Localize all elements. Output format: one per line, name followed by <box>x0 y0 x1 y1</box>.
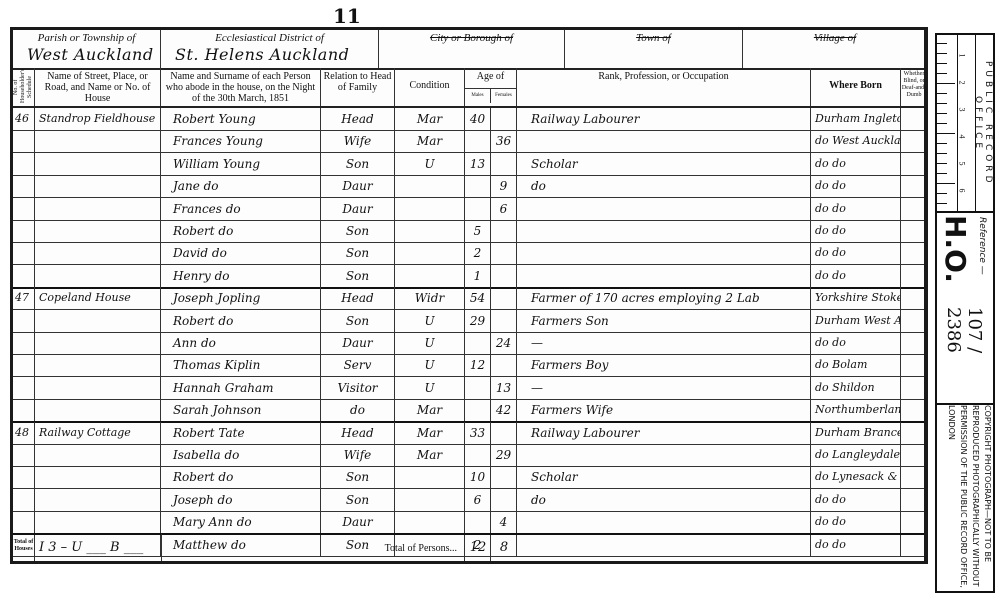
person-name: William Young <box>161 153 321 175</box>
ruler-tick <box>937 133 955 134</box>
occupation: Scholar <box>517 153 811 175</box>
street-name <box>35 511 161 533</box>
birthplace: do do <box>811 265 901 287</box>
occupation <box>517 198 811 220</box>
ruler-tick <box>937 83 955 84</box>
street-name: Copeland House <box>35 287 161 309</box>
condition <box>395 489 465 511</box>
schedule-number <box>13 377 35 399</box>
person-name: Joseph Jopling <box>161 287 321 309</box>
parish-label: Parish or Township of <box>13 32 160 44</box>
blind-deaf <box>901 489 927 511</box>
piece-reference: 107 / 2386 <box>943 307 985 403</box>
condition: U <box>395 377 465 399</box>
occupation: Farmers Son <box>517 310 811 332</box>
relation: Head <box>321 287 395 309</box>
street-name <box>35 310 161 332</box>
person-name: Sarah Johnson <box>161 399 321 421</box>
age-male: 5 <box>465 220 491 242</box>
ruler-number: 2 <box>958 81 967 85</box>
blind-deaf <box>901 242 927 264</box>
schedule-number: 46 <box>13 108 35 130</box>
table-row: Thomas KiplinServU12Farmers Boydo Bolam <box>13 354 924 377</box>
ruler-ticks <box>937 35 958 211</box>
condition: Mar <box>395 422 465 444</box>
birthplace: Durham Brancepeth <box>811 422 901 444</box>
person-name: Thomas Kiplin <box>161 354 321 376</box>
occupation <box>517 511 811 533</box>
schedule-number <box>13 489 35 511</box>
class-code: H.O. <box>939 215 972 283</box>
col-relation: Relation to Head of Family <box>321 68 395 106</box>
person-name: Joseph do <box>161 489 321 511</box>
age-female <box>491 466 517 488</box>
city-label: City or Borough of <box>379 32 564 44</box>
street-name <box>35 130 161 152</box>
ruler-tick <box>937 183 955 184</box>
ruler-tick <box>937 173 947 174</box>
birthplace: do do <box>811 489 901 511</box>
age-male: 1 <box>465 265 491 287</box>
table-row: Ann doDaurU24—do do <box>13 332 924 355</box>
reference-block: Reference — H.O. 107 / 2386 <box>937 211 993 405</box>
person-name: Jane do <box>161 175 321 197</box>
person-name: Robert Young <box>161 108 321 130</box>
office-name: PUBLIC RECORD OFFICE <box>975 39 993 209</box>
street-name <box>35 242 161 264</box>
age-male: 40 <box>465 108 491 130</box>
condition: Mar <box>395 108 465 130</box>
age-male <box>465 332 491 354</box>
schedule-number <box>13 265 35 287</box>
ruler-tick <box>937 43 947 44</box>
eccl-value: St. Helens Auckland <box>175 45 349 64</box>
person-name: Mary Ann do <box>161 511 321 533</box>
condition: Mar <box>395 399 465 421</box>
table-row: David doSon2do do <box>13 242 924 265</box>
condition <box>395 198 465 220</box>
age-female <box>491 108 517 130</box>
condition: U <box>395 310 465 332</box>
birthplace: do do <box>811 198 901 220</box>
ruler-tick <box>937 73 947 74</box>
village-label: Village of <box>743 32 927 44</box>
blind-deaf <box>901 310 927 332</box>
person-name: Robert do <box>161 310 321 332</box>
parish-cell: Parish or Township of West Auckland <box>13 30 161 68</box>
birthplace: do do <box>811 153 901 175</box>
birthplace: do do <box>811 220 901 242</box>
occupation: — <box>517 332 811 354</box>
age-male: 33 <box>465 422 491 444</box>
occupation <box>517 265 811 287</box>
age-female: 13 <box>491 377 517 399</box>
page-number: 11 <box>333 4 361 28</box>
condition <box>395 220 465 242</box>
relation: Son <box>321 242 395 264</box>
town-cell: Town of <box>565 30 743 68</box>
birthplace: Durham Ingleton <box>811 108 901 130</box>
ruler-tick <box>937 63 947 64</box>
eccl-cell: Ecclesiastical District of St. Helens Au… <box>161 30 379 68</box>
town-label: Town of <box>565 32 742 44</box>
age-female: 36 <box>491 130 517 152</box>
street-name <box>35 220 161 242</box>
condition: U <box>395 153 465 175</box>
table-row: 48Railway CottageRobert TateHeadMar33Rai… <box>13 422 924 445</box>
birthplace: do do <box>811 242 901 264</box>
ruler-number: 1 <box>958 54 967 58</box>
blind-deaf <box>901 444 927 466</box>
table-row: Robert doSon5do do <box>13 220 924 243</box>
table-row: Isabella doWifeMar29do Langleydale <box>13 444 924 467</box>
blind-deaf <box>901 108 927 130</box>
blind-deaf <box>901 354 927 376</box>
reference-label: Reference — <box>977 217 987 275</box>
relation: Serv <box>321 354 395 376</box>
col-blind: Whether Blind, or Deaf-and-Dumb <box>901 68 927 106</box>
ruler-tick <box>937 193 947 194</box>
totals-footer: Total of Houses I 3 – U ___ B ___ Total … <box>13 533 924 561</box>
blind-deaf <box>901 175 927 197</box>
street-name <box>35 265 161 287</box>
blind-deaf <box>901 198 927 220</box>
age-male: 54 <box>465 287 491 309</box>
schedule-number <box>13 242 35 264</box>
relation: do <box>321 399 395 421</box>
age-female <box>491 242 517 264</box>
table-row: Henry doSon1do do <box>13 265 924 289</box>
occupation <box>517 444 811 466</box>
birthplace: do Langleydale <box>811 444 901 466</box>
schedule-number <box>13 354 35 376</box>
birthplace: do do <box>811 511 901 533</box>
total-persons-box: Total of Persons... 12 8 <box>161 533 517 561</box>
person-name: David do <box>161 242 321 264</box>
age-male <box>465 444 491 466</box>
table-row: Hannah GrahamVisitorU13—do Shildon <box>13 377 924 400</box>
schedule-number <box>13 332 35 354</box>
table-row: Frances YoungWifeMar36do West Auckland <box>13 130 924 153</box>
condition: Mar <box>395 130 465 152</box>
age-male <box>465 377 491 399</box>
ruler-tick <box>937 123 947 124</box>
schedule-number <box>13 130 35 152</box>
table-row: Robert doSon10Scholardo Lynesack & Softl… <box>13 466 924 489</box>
person-name: Frances Young <box>161 130 321 152</box>
col-born: Where Born <box>811 68 901 106</box>
village-cell: Village of <box>743 30 927 68</box>
occupation: Scholar <box>517 466 811 488</box>
blind-deaf <box>901 422 927 444</box>
age-male: 6 <box>465 489 491 511</box>
age-female <box>491 354 517 376</box>
age-female: 9 <box>491 175 517 197</box>
birthplace: do do <box>811 175 901 197</box>
schedule-number: 47 <box>13 287 35 309</box>
ruler-number: 6 <box>958 189 967 193</box>
ruler-tick <box>937 53 947 54</box>
table-row: 46Standrop FieldhouseRobert YoungHeadMar… <box>13 108 924 131</box>
condition: U <box>395 354 465 376</box>
occupation: Farmers Wife <box>517 399 811 421</box>
blind-deaf <box>901 511 927 533</box>
birthplace: Northumberland Allensford <box>811 399 901 421</box>
age-female: 24 <box>491 332 517 354</box>
blind-deaf <box>901 466 927 488</box>
age-female <box>491 310 517 332</box>
city-cell: City or Borough of <box>379 30 565 68</box>
occupation: — <box>517 377 811 399</box>
relation: Son <box>321 466 395 488</box>
col-age: Age of MalesFemales <box>465 68 517 106</box>
person-name: Frances do <box>161 198 321 220</box>
relation: Daur <box>321 175 395 197</box>
parish-value: West Auckland <box>27 45 154 64</box>
table-row: Robert doSonU29Farmers SonDurham West Au… <box>13 310 924 333</box>
schedule-number <box>13 310 35 332</box>
age-female <box>491 287 517 309</box>
table-row: Frances doDaur6do do <box>13 198 924 221</box>
ruler-tick <box>937 103 947 104</box>
age-male: 29 <box>465 310 491 332</box>
condition <box>395 511 465 533</box>
condition: U <box>395 332 465 354</box>
birthplace: do Lynesack & Softley <box>811 466 901 488</box>
birthplace: do do <box>811 332 901 354</box>
condition: Widr <box>395 287 465 309</box>
table-row: Jane doDaur9dodo do <box>13 175 924 198</box>
occupation: Railway Labourer <box>517 108 811 130</box>
blind-deaf <box>901 399 927 421</box>
relation: Wife <box>321 130 395 152</box>
relation: Son <box>321 489 395 511</box>
col-street: Name of Street, Place, or Road, and Name… <box>35 68 161 106</box>
ruler-tick <box>937 143 947 144</box>
street-name <box>35 354 161 376</box>
total-houses-value: I 3 – U ___ B ___ <box>39 540 143 555</box>
total-persons-label: Total of Persons... <box>385 543 457 554</box>
street-name <box>35 399 161 421</box>
condition <box>395 466 465 488</box>
column-headers: No. of Householder's Schedule Name of St… <box>13 68 924 108</box>
person-name: Isabella do <box>161 444 321 466</box>
relation: Daur <box>321 332 395 354</box>
age-female <box>491 422 517 444</box>
age-female <box>491 265 517 287</box>
table-row: Sarah JohnsondoMar42Farmers WifeNorthumb… <box>13 399 924 423</box>
relation: Wife <box>321 444 395 466</box>
birthplace: Yorkshire Stokesley <box>811 287 901 309</box>
total-males: 12 <box>464 535 491 561</box>
col-occupation: Rank, Profession, or Occupation <box>517 68 811 106</box>
blind-deaf <box>901 130 927 152</box>
schedule-number <box>13 175 35 197</box>
person-name: Robert do <box>161 466 321 488</box>
col-males: Males <box>465 89 491 103</box>
census-form: Parish or Township of West Auckland Eccl… <box>10 27 928 564</box>
age-male: 13 <box>465 153 491 175</box>
condition <box>395 265 465 287</box>
blind-deaf <box>901 220 927 242</box>
archive-reference-strip: 123456 PUBLIC RECORD OFFICE Reference — … <box>935 33 995 593</box>
street-name <box>35 332 161 354</box>
col-schedule: No. of Householder's Schedule <box>13 68 35 106</box>
relation: Daur <box>321 198 395 220</box>
condition <box>395 242 465 264</box>
ruler-number: 4 <box>958 135 967 139</box>
birthplace: do Shildon <box>811 377 901 399</box>
occupation <box>517 130 811 152</box>
relation: Head <box>321 422 395 444</box>
occupation: do <box>517 175 811 197</box>
person-name: Henry do <box>161 265 321 287</box>
street-name: Standrop Fieldhouse <box>35 108 161 130</box>
person-name: Robert Tate <box>161 422 321 444</box>
street-name <box>35 153 161 175</box>
total-houses-label: Total of Houses <box>13 535 35 561</box>
col-condition: Condition <box>395 68 465 106</box>
schedule-number <box>13 198 35 220</box>
occupation <box>517 220 811 242</box>
street-name <box>35 377 161 399</box>
blind-deaf <box>901 265 927 287</box>
age-male: 12 <box>465 354 491 376</box>
age-female: 4 <box>491 511 517 533</box>
blind-deaf <box>901 332 927 354</box>
col-females: Females <box>491 89 516 103</box>
condition <box>395 175 465 197</box>
age-female <box>491 489 517 511</box>
person-name: Hannah Graham <box>161 377 321 399</box>
age-male <box>465 399 491 421</box>
age-male <box>465 130 491 152</box>
ruler-tick <box>937 163 947 164</box>
age-female: 42 <box>491 399 517 421</box>
street-name <box>35 175 161 197</box>
schedule-number <box>13 220 35 242</box>
relation: Son <box>321 265 395 287</box>
blind-deaf <box>901 287 927 309</box>
occupation: do <box>517 489 811 511</box>
ruler-scale: 123456 PUBLIC RECORD OFFICE <box>937 35 993 213</box>
ruler-number: 3 <box>958 108 967 112</box>
street-name <box>35 466 161 488</box>
relation: Head <box>321 108 395 130</box>
street-name <box>35 198 161 220</box>
age-male: 2 <box>465 242 491 264</box>
table-row: William YoungSonU13Scholardo do <box>13 153 924 176</box>
street-name <box>35 444 161 466</box>
birthplace: Durham West Auckland <box>811 310 901 332</box>
occupation <box>517 242 811 264</box>
age-female <box>491 153 517 175</box>
table-row: Joseph doSon6dodo do <box>13 489 924 512</box>
schedule-number <box>13 153 35 175</box>
table-row: 47Copeland HouseJoseph JoplingHeadWidr54… <box>13 287 924 310</box>
birthplace: do West Auckland <box>811 130 901 152</box>
ruler-tick <box>937 93 947 94</box>
schedule-number: 48 <box>13 422 35 444</box>
blind-deaf <box>901 377 927 399</box>
birthplace: do Bolam <box>811 354 901 376</box>
age-female <box>491 220 517 242</box>
occupation: Railway Labourer <box>517 422 811 444</box>
relation: Daur <box>321 511 395 533</box>
col-name: Name and Surname of each Person who abod… <box>161 68 321 106</box>
ruler-tick <box>937 113 947 114</box>
age-male <box>465 511 491 533</box>
person-name: Robert do <box>161 220 321 242</box>
ruler-number: 5 <box>958 162 967 166</box>
blind-deaf <box>901 153 927 175</box>
age-male: 10 <box>465 466 491 488</box>
relation: Son <box>321 220 395 242</box>
total-females: 8 <box>490 535 517 561</box>
schedule-number <box>13 511 35 533</box>
occupation: Farmer of 170 acres employing 2 Lab <box>517 287 811 309</box>
schedule-number <box>13 466 35 488</box>
copyright-notice: COPYRIGHT PHOTOGRAPH—NOT TO BE REPRODUCE… <box>939 405 993 591</box>
occupation: Farmers Boy <box>517 354 811 376</box>
relation: Visitor <box>321 377 395 399</box>
age-male <box>465 198 491 220</box>
condition: Mar <box>395 444 465 466</box>
relation: Son <box>321 310 395 332</box>
relation: Son <box>321 153 395 175</box>
person-name: Ann do <box>161 332 321 354</box>
district-header: Parish or Township of West Auckland Eccl… <box>13 30 924 70</box>
age-female: 29 <box>491 444 517 466</box>
street-name: Railway Cottage <box>35 422 161 444</box>
eccl-label: Ecclesiastical District of <box>161 32 378 44</box>
street-name <box>35 489 161 511</box>
schedule-number <box>13 399 35 421</box>
age-female: 6 <box>491 198 517 220</box>
ruler-tick <box>937 203 947 204</box>
table-row: Mary Ann doDaur4do do <box>13 511 924 534</box>
age-male <box>465 175 491 197</box>
ruler-tick <box>937 153 947 154</box>
schedule-number <box>13 444 35 466</box>
